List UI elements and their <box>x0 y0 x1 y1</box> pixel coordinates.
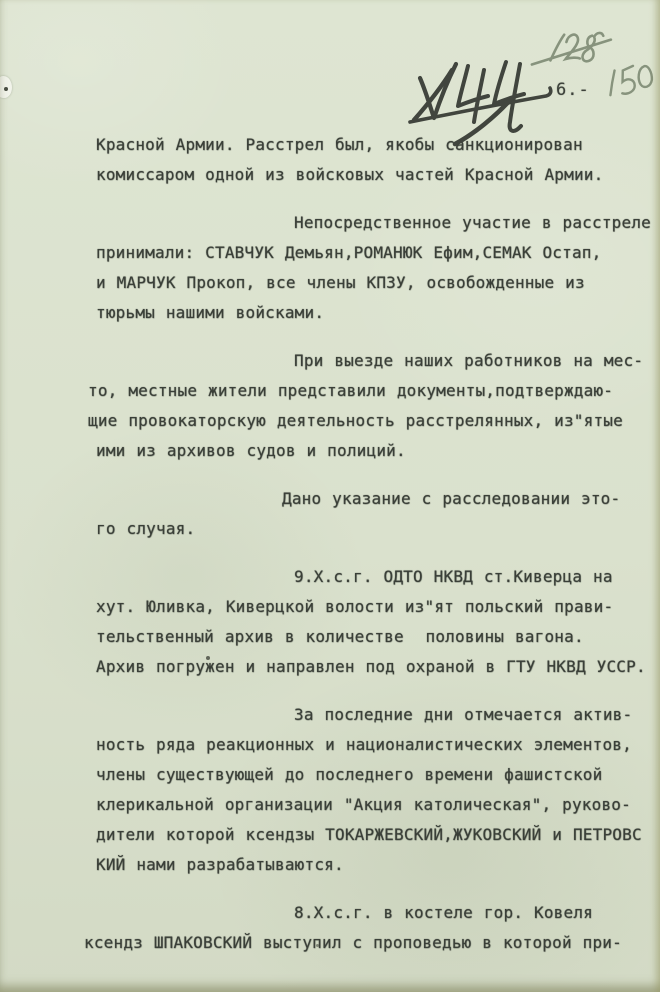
typed-line: клерикальной организации "Акция католиче… <box>96 790 651 820</box>
typed-line: то, местные жители представили документы… <box>88 376 651 406</box>
paper-hole-dot <box>4 87 8 91</box>
typed-line: дители которой ксендзы ТОКАРЖЕВСКИЙ,ЖУКО… <box>96 820 651 850</box>
paper-hole <box>0 76 12 98</box>
typed-line: 8.Х.с.г. в костеле гор. Ковеля <box>294 898 651 928</box>
typed-line: 9.Х.с.г. ОДТО НКВД ст.Киверца на <box>294 562 651 592</box>
typed-line: и МАРЧУК Прокоп, все члены КПЗУ, освобож… <box>96 268 651 298</box>
paper-speck <box>316 944 319 947</box>
handwritten-number-128-struck <box>532 26 612 72</box>
typed-line: ими из архивов судов и полиций. <box>96 436 651 466</box>
typed-line: За последние дни отмечается актив- <box>294 700 651 730</box>
typed-line: Архив погружен и направлен под охраной в… <box>96 652 651 682</box>
typed-line: Дано указание с расследовании это- <box>282 484 651 514</box>
scanned-document-page: 6.- Красной Армии. Расстрел был, якобы с… <box>0 0 660 992</box>
typed-line: го случая. <box>96 514 651 544</box>
handwritten-number-150 <box>605 62 655 97</box>
typed-line: члены существующей до последнего времени… <box>96 760 651 790</box>
typed-line: хут. Юливка, Киверцкой волости из"ят пол… <box>96 592 651 622</box>
typed-line: Непосредственное участие в расстреле <box>294 208 651 238</box>
typed-line: принимали: СТАВЧУК Демьян,РОМАНЮК Ефим,С… <box>96 238 651 268</box>
typed-line: КИЙ нами разрабатываются. <box>96 850 651 880</box>
typed-line: Красной Армии. Расстрел был, якобы санкц… <box>96 130 651 160</box>
typed-line: При выезде наших работников на мес- <box>294 346 651 376</box>
typed-line: тюрьмы нашими войсками. <box>96 298 651 328</box>
typed-line: комиссаром одной из войсковых частей Кра… <box>96 160 651 190</box>
typed-page-number: 6.- <box>556 80 590 100</box>
typed-line: ность ряда реакционных и националистичес… <box>96 730 651 760</box>
paper-speck <box>206 656 210 660</box>
typed-line: щие провокаторскую деятельность расстрел… <box>88 406 651 436</box>
typed-line: ксендз ШПАКОВСКИЙ выступил с проповедью … <box>84 928 651 958</box>
typed-line: тельственный архив в количестве половины… <box>96 622 651 652</box>
typewritten-text-block: Красной Армии. Расстрел был, якобы санкц… <box>96 130 651 958</box>
